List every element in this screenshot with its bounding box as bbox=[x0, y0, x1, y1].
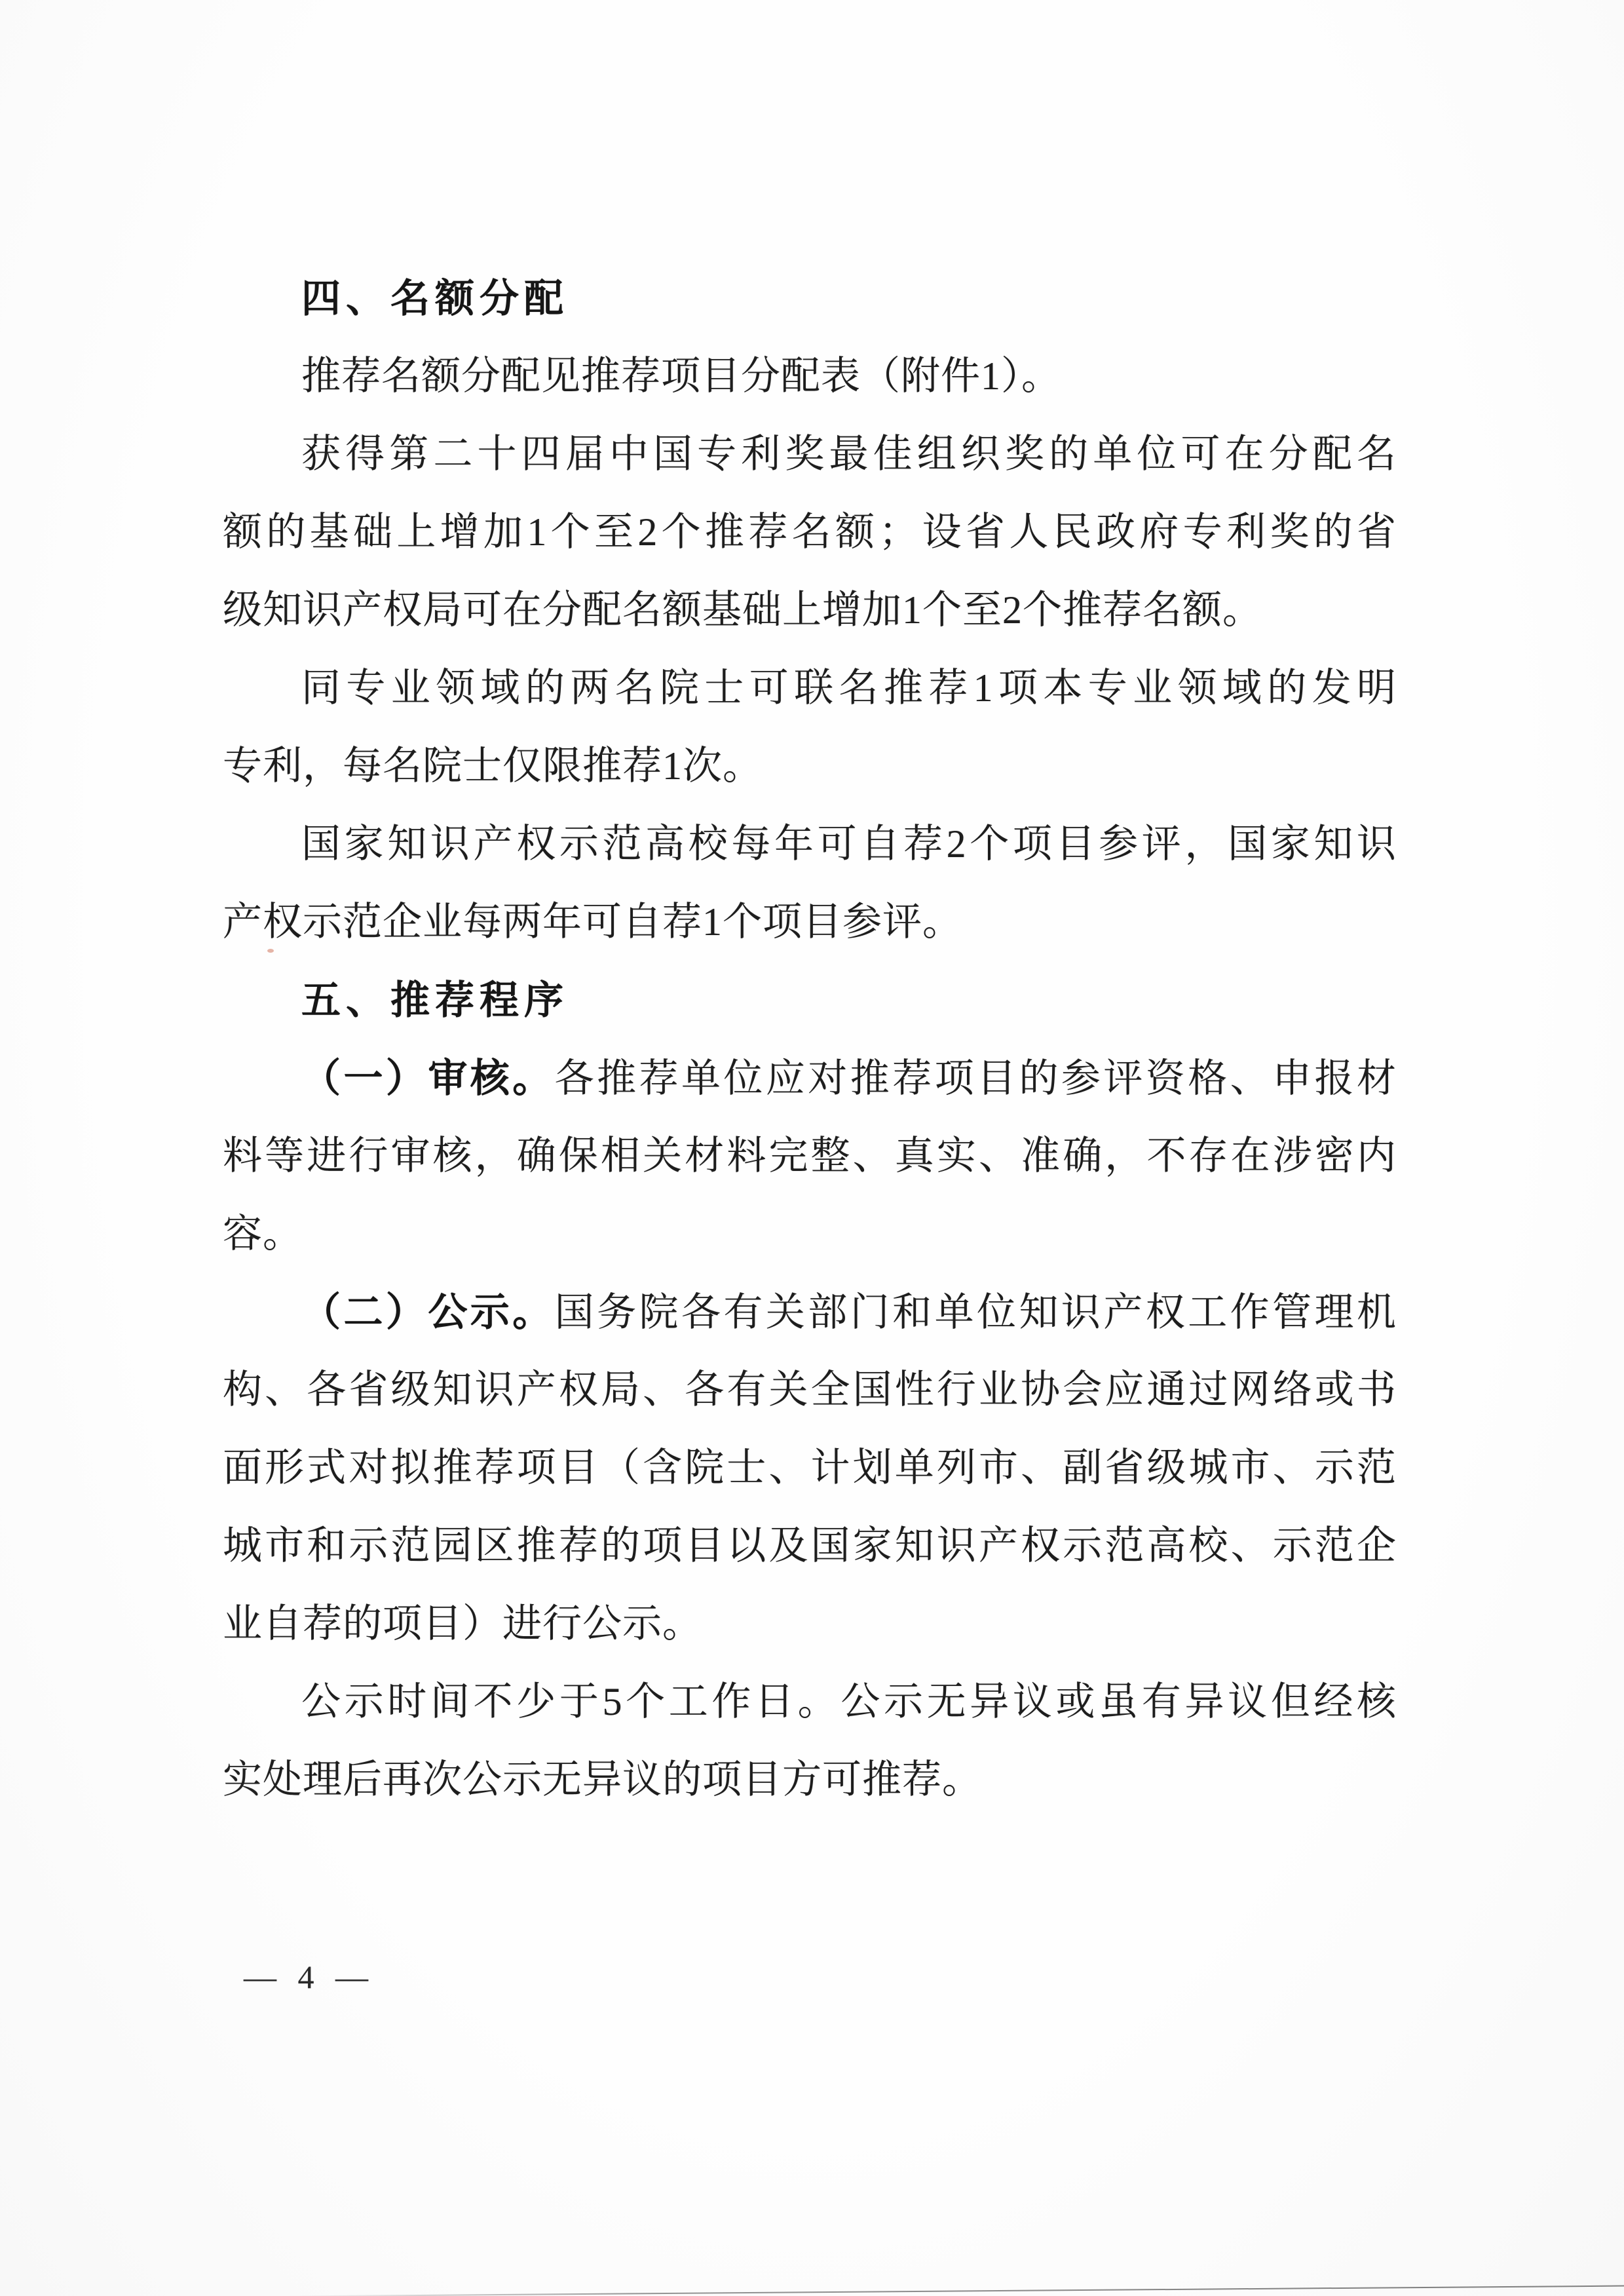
line-text: 国家知识产权示范高校每年可自荐2个项目参评，国家知识 bbox=[301, 822, 1397, 866]
paragraph-line: 构、各省级知识产权局、各有关全国性行业协会应通过网络或书 bbox=[223, 1351, 1397, 1429]
line-text: 容。 bbox=[223, 1212, 303, 1255]
heading-text: 四、名额分配 bbox=[301, 277, 569, 320]
paragraph-line: （二）公示。国务院各有关部门和单位知识产权工作管理机 bbox=[223, 1273, 1397, 1351]
paragraph-line: 产权示范企业每两年可自荐1个项目参评。 bbox=[223, 883, 1397, 961]
paragraph-line: 面形式对拟推荐项目（含院士、计划单列市、副省级城市、示范 bbox=[223, 1429, 1397, 1507]
line-text: 推荐名额分配见推荐项目分配表（附件1）。 bbox=[301, 354, 1061, 398]
paragraph-line: 城市和示范园区推荐的项目以及国家知识产权示范高校、示范企 bbox=[223, 1507, 1397, 1585]
paragraph-line: 料等进行审核，确保相关材料完整、真实、准确，不存在涉密内 bbox=[223, 1117, 1397, 1195]
line-text: 国务院各有关部门和单位知识产权工作管理机 bbox=[555, 1291, 1397, 1334]
line-text: 城市和示范园区推荐的项目以及国家知识产权示范高校、示范企 bbox=[223, 1524, 1397, 1567]
paragraph-line: 额的基础上增加1个至2个推荐名额；设省人民政府专利奖的省 bbox=[223, 493, 1397, 571]
line-text: 产权示范企业每两年可自荐1个项目参评。 bbox=[223, 900, 962, 944]
line-text: 业自荐的项目）进行公示。 bbox=[223, 1602, 702, 1645]
heading-text: 五、推荐程序 bbox=[301, 978, 569, 1022]
document-body: 四、名额分配 推荐名额分配见推荐项目分配表（附件1）。 获得第二十四届中国专利奖… bbox=[223, 259, 1397, 1819]
paragraph-line: 专利，每名院士仅限推荐1次。 bbox=[223, 727, 1397, 805]
paragraph-line: 容。 bbox=[223, 1195, 1397, 1273]
line-text: 各推荐单位应对推荐项目的参评资格、申报材 bbox=[555, 1057, 1397, 1100]
paragraph-line: 同专业领域的两名院士可联名推荐1项本专业领域的发明 bbox=[223, 649, 1397, 727]
paragraph-line: 国家知识产权示范高校每年可自荐2个项目参评，国家知识 bbox=[223, 805, 1397, 883]
scanned-document-page: 四、名额分配 推荐名额分配见推荐项目分配表（附件1）。 获得第二十四届中国专利奖… bbox=[0, 0, 1624, 2296]
line-text: 级知识产权局可在分配名额基础上增加1个至2个推荐名额。 bbox=[223, 588, 1262, 632]
line-text: 专利，每名院士仅限推荐1次。 bbox=[223, 744, 763, 788]
paragraph-line: 公示时间不少于5个工作日。公示无异议或虽有异议但经核 bbox=[223, 1663, 1397, 1741]
line-text: 实处理后再次公示无异议的项目方可推荐。 bbox=[223, 1758, 982, 1801]
paragraph-line: 实处理后再次公示无异议的项目方可推荐。 bbox=[223, 1741, 1397, 1819]
paragraph-line: （一）审核。各推荐单位应对推荐项目的参评资格、申报材 bbox=[223, 1039, 1397, 1117]
bold-lead-review: （一）审核。 bbox=[301, 1056, 555, 1100]
paragraph-line: 获得第二十四届中国专利奖最佳组织奖的单位可在分配名 bbox=[223, 415, 1397, 493]
paragraph-line: 级知识产权局可在分配名额基础上增加1个至2个推荐名额。 bbox=[223, 571, 1397, 649]
line-text: 获得第二十四届中国专利奖最佳组织奖的单位可在分配名 bbox=[301, 432, 1397, 476]
page-number: — 4 — bbox=[244, 1958, 375, 1996]
line-text: 构、各省级知识产权局、各有关全国性行业协会应通过网络或书 bbox=[223, 1368, 1397, 1411]
paragraph-line: 推荐名额分配见推荐项目分配表（附件1）。 bbox=[223, 337, 1397, 415]
line-text: 料等进行审核，确保相关材料完整、真实、准确，不存在涉密内 bbox=[223, 1134, 1397, 1177]
bold-lead-publicity: （二）公示。 bbox=[301, 1290, 555, 1334]
scan-artifact-speck bbox=[267, 949, 274, 953]
section-heading-recommendation-procedure: 五、推荐程序 bbox=[223, 961, 1397, 1039]
line-text: 额的基础上增加1个至2个推荐名额；设省人民政府专利奖的省 bbox=[223, 510, 1397, 554]
line-text: 面形式对拟推荐项目（含院士、计划单列市、副省级城市、示范 bbox=[223, 1446, 1397, 1489]
scan-artifact-bottom-edge bbox=[282, 2285, 1624, 2296]
section-heading-quota-allocation: 四、名额分配 bbox=[223, 259, 1397, 337]
line-text: 公示时间不少于5个工作日。公示无异议或虽有异议但经核 bbox=[301, 1680, 1397, 1723]
paragraph-line: 业自荐的项目）进行公示。 bbox=[223, 1585, 1397, 1663]
line-text: 同专业领域的两名院士可联名推荐1项本专业领域的发明 bbox=[301, 666, 1397, 710]
